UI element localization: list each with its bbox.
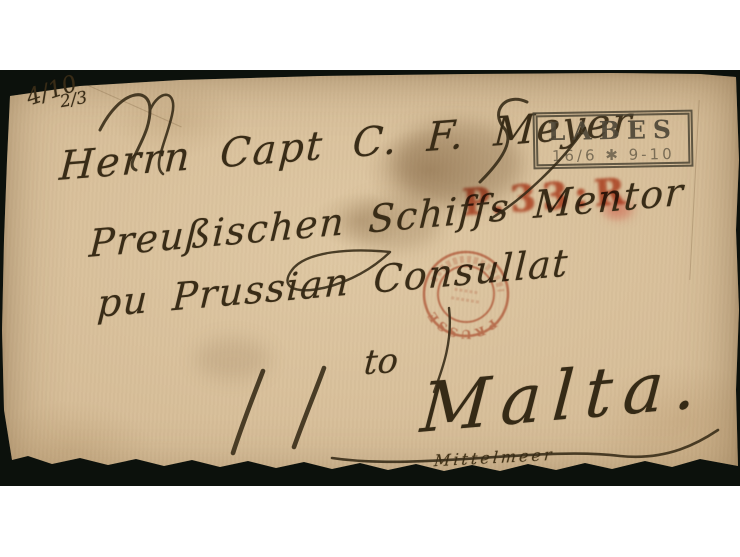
datestamp-date: 16/6 ✱ 9-10 xyxy=(552,144,675,164)
scanned-cover-page: 4/10 2/3 Herrn Capt C. F. Meyer Preußisc… xyxy=(0,0,740,557)
cds-center-date-illegible xyxy=(451,289,480,302)
datestamp-town: LABES xyxy=(547,114,678,145)
ink-smudge xyxy=(195,338,270,380)
cds-top-arc-text-illegible xyxy=(434,254,505,291)
photo-backdrop: 4/10 2/3 Herrn Capt C. F. Meyer Preußisc… xyxy=(0,70,740,486)
cds-inner-ring xyxy=(434,262,498,326)
address-line-4: to xyxy=(363,341,400,384)
red-transit-cds: PRUSSE xyxy=(413,241,518,346)
boxed-datestamp: LABES 16/6 ✱ 9-10 xyxy=(533,110,694,170)
